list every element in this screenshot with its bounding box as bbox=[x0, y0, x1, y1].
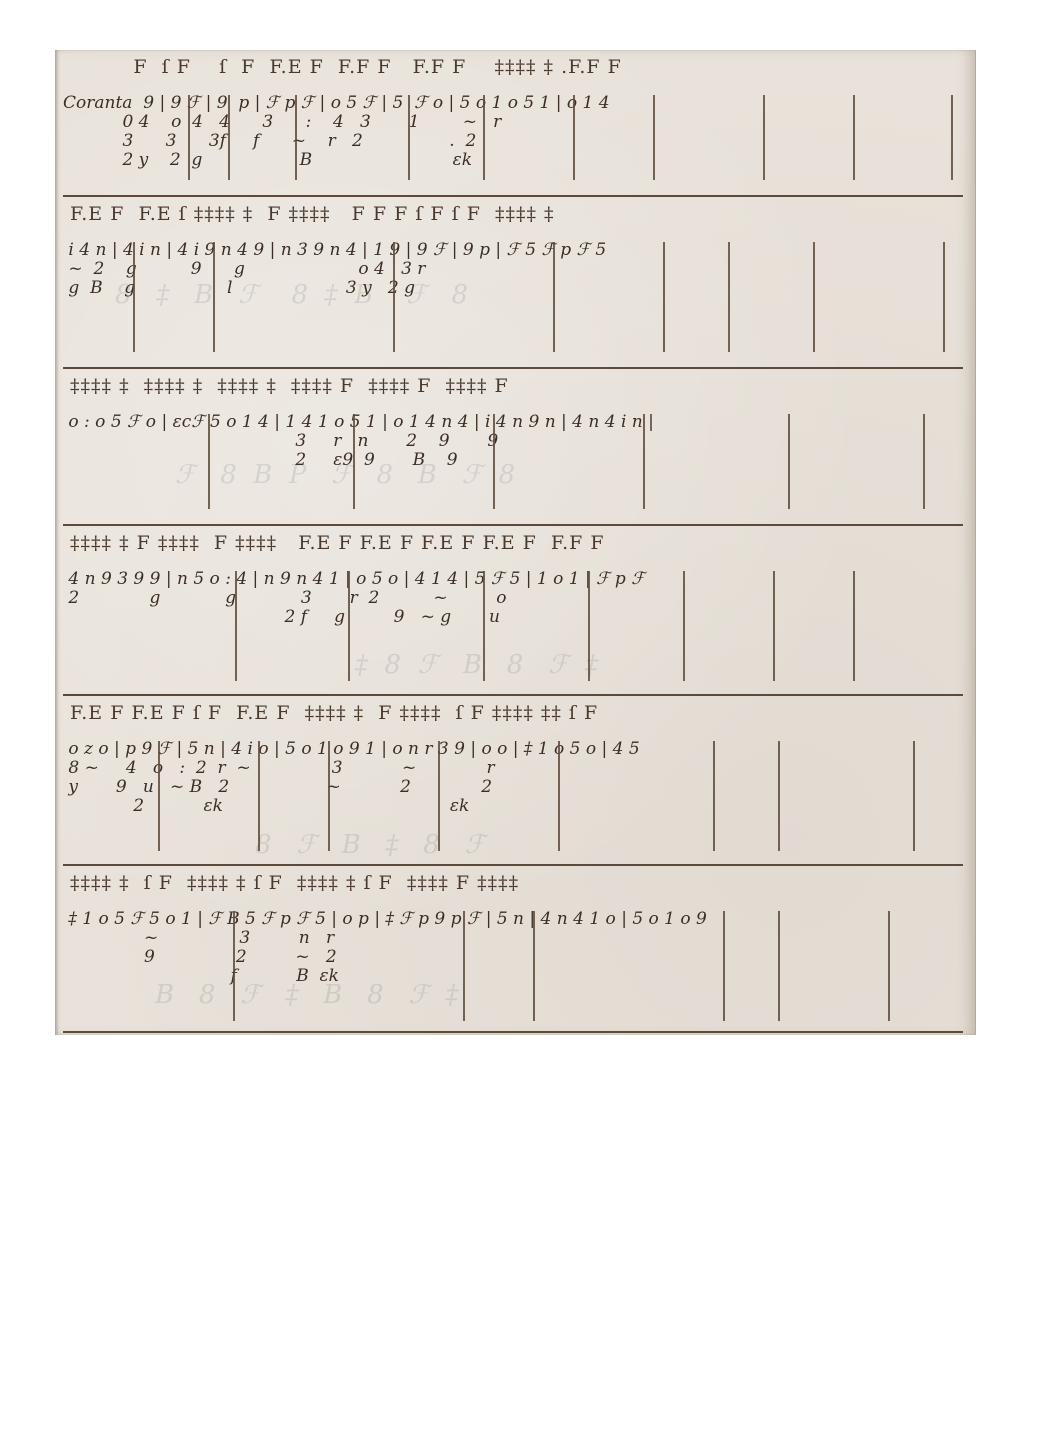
rhythm-signs: F.E F F.E ſ ‡‡‡‡ ‡ F ‡‡‡‡ F F F ſ F ſ F … bbox=[63, 203, 963, 233]
barline bbox=[483, 95, 485, 180]
barline bbox=[713, 741, 715, 851]
barline bbox=[683, 571, 685, 681]
barline bbox=[353, 414, 355, 509]
barline bbox=[208, 414, 210, 509]
rhythm-signs: F.E F F.E F ſ F F.E F ‡‡‡‡ ‡ F ‡‡‡‡ ſ F … bbox=[63, 702, 963, 732]
barline bbox=[763, 95, 765, 180]
tablature-letters: i 4 n | 4 i n | 4 i 9 n 4 9 | n 3 9 n 4 … bbox=[63, 241, 963, 298]
barline bbox=[408, 95, 410, 180]
barline bbox=[663, 242, 665, 352]
barline bbox=[951, 95, 953, 180]
barline bbox=[813, 242, 815, 352]
barline bbox=[923, 414, 925, 509]
barline bbox=[788, 414, 790, 509]
barline bbox=[133, 242, 135, 352]
barline bbox=[728, 242, 730, 352]
rhythm-signs: ‡‡‡‡ ‡ F ‡‡‡‡ F ‡‡‡‡ F.E F F.E F F.E F F… bbox=[63, 532, 963, 562]
barline bbox=[533, 911, 535, 1021]
barline bbox=[235, 571, 237, 681]
tablature-letters: ‡ 1 o 5 ℱ 5 o 1 | ℱ B 5 ℱ p ℱ 5 | o p | … bbox=[63, 910, 963, 986]
barline bbox=[295, 95, 297, 180]
barline bbox=[393, 242, 395, 352]
barline bbox=[558, 741, 560, 851]
manuscript-page: 8 ‡ B ℱ 8 ‡ B ℱ 8 ℱ 8 B P ℱ 8 B ℱ 8 ‡ 8 … bbox=[55, 50, 976, 1035]
barline bbox=[188, 95, 190, 180]
tablature-letters: o : o 5 ℱ o | εcℱ 5 o 1 4 | 1 4 1 o 5 1 … bbox=[63, 413, 963, 470]
barline bbox=[258, 741, 260, 851]
barline bbox=[158, 741, 160, 851]
rhythm-signs: ‡‡‡‡ ‡ ‡‡‡‡ ‡ ‡‡‡‡ ‡ ‡‡‡‡ F ‡‡‡‡ F ‡‡‡‡ … bbox=[63, 375, 963, 405]
tablature-system-1: F ſ F ſ F F.E F F.F F F.F F ‡‡‡‡ ‡ .F.F … bbox=[63, 50, 963, 197]
barline bbox=[888, 911, 890, 1021]
barline bbox=[573, 95, 575, 180]
barline bbox=[853, 571, 855, 681]
tablature-letters: Coranta 9 | 9 ℱ | 9 p | ℱ p ℱ | o 5 ℱ | … bbox=[63, 94, 963, 170]
barline bbox=[643, 414, 645, 509]
barline bbox=[463, 911, 465, 1021]
tablature-system-4: ‡‡‡‡ ‡ F ‡‡‡‡ F ‡‡‡‡ F.E F F.E F F.E F F… bbox=[63, 526, 963, 696]
barline bbox=[778, 741, 780, 851]
tablature-system-5: F.E F F.E F ſ F F.E F ‡‡‡‡ ‡ F ‡‡‡‡ ſ F … bbox=[63, 696, 963, 866]
barline bbox=[553, 242, 555, 352]
barline bbox=[653, 95, 655, 180]
barline bbox=[913, 741, 915, 851]
barline bbox=[943, 242, 945, 352]
barline bbox=[233, 911, 235, 1021]
rhythm-signs: ‡‡‡‡ ‡ ſ F ‡‡‡‡ ‡ ſ F ‡‡‡‡ ‡ ſ F ‡‡‡‡ F … bbox=[63, 872, 963, 902]
tablature-system-6: ‡‡‡‡ ‡ ſ F ‡‡‡‡ ‡ ſ F ‡‡‡‡ ‡ ſ F ‡‡‡‡ F … bbox=[63, 866, 963, 1033]
barline bbox=[723, 911, 725, 1021]
barline bbox=[438, 741, 440, 851]
tablature-letters: o z o | p 9 ℱ | 5 n | 4 i o | 5 o 1 o 9 … bbox=[63, 740, 963, 816]
barline bbox=[213, 242, 215, 352]
barline bbox=[348, 571, 350, 681]
barline bbox=[773, 571, 775, 681]
barline bbox=[228, 95, 230, 180]
rhythm-signs: F ſ F ſ F F.E F F.F F F.F F ‡‡‡‡ ‡ .F.F … bbox=[63, 56, 963, 86]
tablature-letters: 4 n 9 3 9 9 | n 5 o : 4 | n 9 n 4 1 | o … bbox=[63, 570, 963, 627]
barline bbox=[483, 571, 485, 681]
tablature-system-2: F.E F F.E ſ ‡‡‡‡ ‡ F ‡‡‡‡ F F F ſ F ſ F … bbox=[63, 197, 963, 369]
barline bbox=[493, 414, 495, 509]
tablature-system-3: ‡‡‡‡ ‡ ‡‡‡‡ ‡ ‡‡‡‡ ‡ ‡‡‡‡ F ‡‡‡‡ F ‡‡‡‡ … bbox=[63, 369, 963, 526]
barline bbox=[853, 95, 855, 180]
barline bbox=[328, 741, 330, 851]
barline bbox=[588, 571, 590, 681]
barline bbox=[778, 911, 780, 1021]
